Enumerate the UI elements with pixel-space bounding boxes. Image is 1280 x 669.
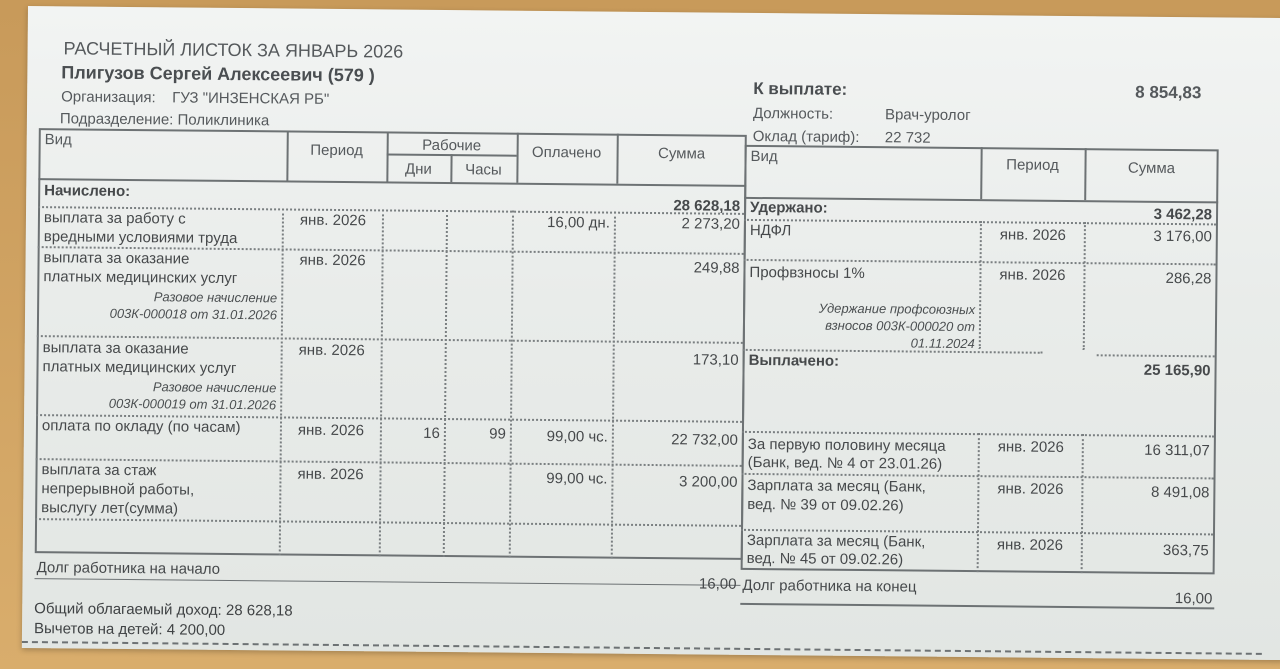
withheld-sum: 3 176,00 [1084,226,1212,246]
position-value: Врач-уролог [885,106,971,124]
right-col-kind-header: Вид [750,147,777,166]
accrual-period: янв. 2026 [299,341,365,361]
col-sum-header: Сумма [617,144,747,164]
withheld-period: янв. 2026 [999,265,1065,285]
accrual-sum: 2 273,20 [618,214,740,234]
cut-line [22,641,1262,655]
accrual-paid: 99,00 чс. [513,469,607,489]
accrual-kind: оплата по окладу (по часам) [42,416,241,437]
accrual-kind-line3: выслугу лет(сумма) [41,498,178,518]
accrual-kind-line2: вредными условиями труда [44,227,238,248]
withheld-note-line2: взносов 003К-000020 от [749,316,975,335]
withheld-total: 3 462,28 [1084,204,1212,224]
withheld-sum: 286,28 [1083,268,1211,288]
accrual-kind: выплата за стаж [41,460,156,480]
debt-end-label: Долг работника на конец [742,576,916,597]
accrual-sum: 22 732,00 [616,430,738,450]
accrual-period: янв. 2026 [300,211,366,231]
accrual-hours: 99 [448,424,506,444]
right-col-sum-header: Сумма [1084,158,1218,178]
paid-out-kind-line2: вед. № 39 от 09.02.26) [747,495,904,516]
organization-label: Организация: [61,88,156,106]
paid-out-sum: 363,75 [1081,540,1209,560]
accrual-kind-line2: платных медицинских услуг [42,357,236,378]
withheld-label: Удержано: [750,198,828,218]
paid-out-kind-line2: вед. № 45 от 09.02.26) [747,549,904,570]
col-kind-header: Вид [45,130,72,149]
child-deductions: Вычетов на детей: 4 200,00 [34,620,225,639]
paid-out-label: Выплачено: [749,351,840,371]
accrual-sum: 173,10 [617,350,739,370]
paid-out-sum: 8 491,08 [1081,482,1209,502]
accrual-period: янв. 2026 [298,421,364,441]
paid-out-period: янв. 2026 [997,479,1063,499]
debt-start-value: 16,00 [594,573,736,593]
accrual-note-line2: 003К-000019 от 31.01.2026 [42,394,276,413]
debt-start-label: Долг работника на начало [37,558,221,579]
col-hours-header: Часы [450,160,516,180]
col-work-header: Рабочие [387,135,517,155]
accrual-kind: выплата за оказание [43,338,189,358]
accrued-label: Начислено: [44,181,130,201]
department: Подразделение: Поликлиника [60,110,269,129]
position-label: Должность: [753,105,833,123]
accrual-kind: выплата за работу с [44,208,186,228]
accrual-kind-line2: непрерывной работы, [41,479,194,499]
withheld-kind: НДФЛ [750,221,792,240]
accrual-kind-line2: платных медицинских услуг [43,267,237,288]
withheld-period: янв. 2026 [1000,225,1066,245]
paid-out-sum: 16 311,07 [1082,440,1210,460]
col-days-header: Дни [386,159,450,179]
to-pay-label: К выплате: [753,79,847,100]
payslip-paper: РАСЧЕТНЫЙ ЛИСТОК ЗА ЯНВАРЬ 2026 Плигузов… [22,6,1280,660]
paid-out-period: янв. 2026 [998,437,1064,457]
taxable-income: Общий облагаемый доход: 28 628,18 [34,600,293,619]
accrual-period: янв. 2026 [299,251,365,271]
payslip-table: Вид Период Рабочие Дни Часы Оплачено Сум… [35,128,1219,579]
accrual-note-line2: 003К-000018 от 31.01.2026 [43,304,277,323]
paid-out-total: 25 165,90 [1082,360,1210,380]
col-paid-header: Оплачено [517,143,617,163]
payslip-title: РАСЧЕТНЫЙ ЛИСТОК ЗА ЯНВАРЬ 2026 [63,38,403,62]
withheld-kind: Профвзносы 1% [749,263,864,283]
paid-out-period: янв. 2026 [997,535,1063,555]
employee-name: Плигузов Сергей Алексеевич (579 ) [61,62,375,86]
col-period-header: Период [287,140,387,160]
right-col-period-header: Период [980,155,1084,175]
organization-value: ГУЗ "ИНЗЕНСКАЯ РБ" [172,89,329,108]
withheld-note: Удержание профсоюзных [749,299,975,318]
paid-out-kind-line2: (Банк, вед. № 4 от 23.01.26) [748,453,943,474]
accrual-paid: 16,00 дн. [516,213,610,233]
to-pay-value: 8 854,83 [1135,83,1201,104]
accrual-kind: выплата за оказание [43,248,189,268]
accrual-days: 16 [384,423,440,443]
paid-out-kind: Зарплата за месяц (Банк, [747,476,926,497]
accrual-sum: 3 200,00 [615,472,737,492]
accrual-paid: 99,00 чс. [514,427,608,447]
accrual-sum: 249,88 [617,258,739,278]
accrual-period: янв. 2026 [297,465,363,485]
